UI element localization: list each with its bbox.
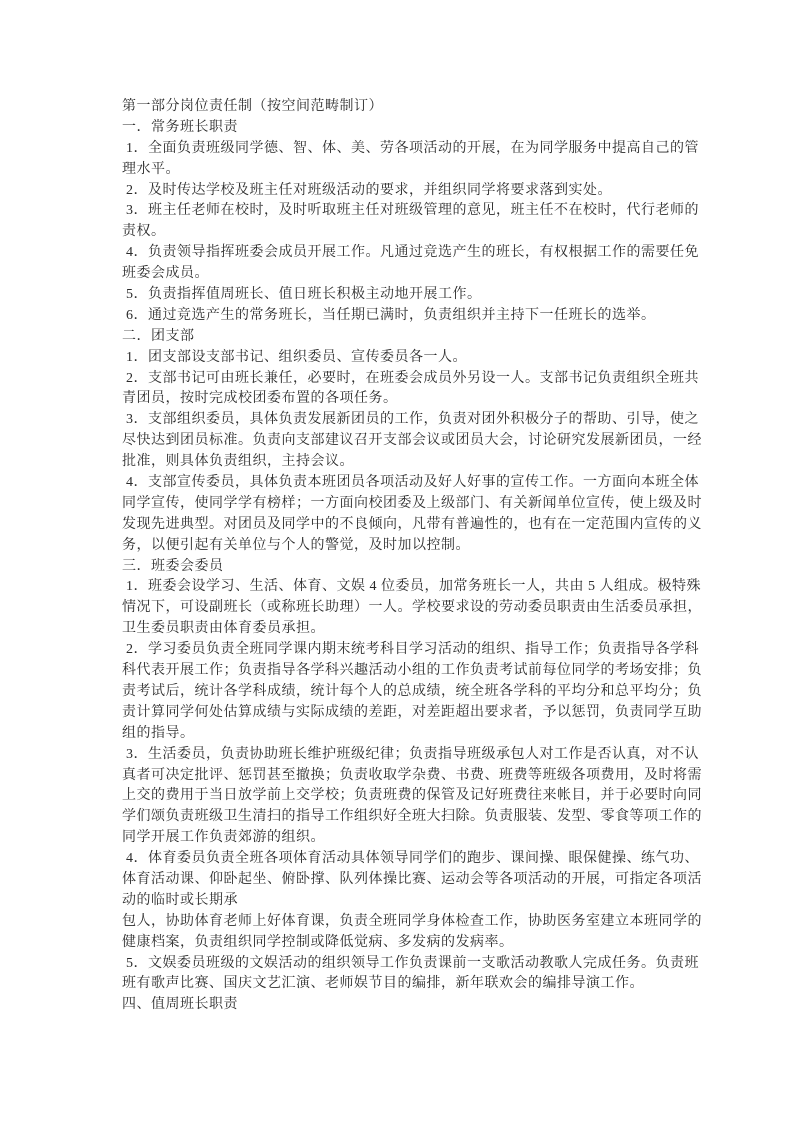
document-line: 三．班委会委员 (122, 557, 702, 578)
document-line: 5．文娱委员班级的文娱活动的组织领导工作负责课前一支歌活动教歌人完成任务。负责班 (122, 954, 702, 975)
document-line: 学们颂负责班级卫生清扫的指导工作组织好全班大扫除。负责服装、发型、零食等项工作的 (122, 807, 702, 828)
document-line: 6．通过竞选产生的常务班长，当任期已满时，负责组织并主持下一任班长的选举。 (122, 306, 702, 327)
document-line: 动的临时或长期承 (122, 891, 702, 912)
document-line: 发现先进典型。对团员及同学中的不良倾向，凡带有普遍性的，也有在一定范围内宣传的义 (122, 515, 702, 536)
document-line: 一．常务班长职责 (122, 118, 702, 139)
document-body: 第一部分岗位责任制（按空间范畴制订）一．常务班长职责 1．全面负责班级同学德、智… (122, 97, 702, 1016)
document-line: 班有歌声比赛、国庆文艺汇演、老师娱节目的编排，新年联欢会的编排导演工作。 (122, 974, 702, 995)
document-line: 务，以便引起有关单位与个人的警觉，及时加以控制。 (122, 536, 702, 557)
document-line: 4．支部宣传委员，具体负责本班团员各项活动及好人好事的宣传工作。一方面向本班全体 (122, 473, 702, 494)
document-line: 健康档案，负责组织同学控制或降低觉病、多发病的发病率。 (122, 933, 702, 954)
document-page: 第一部分岗位责任制（按空间范畴制订）一．常务班长职责 1．全面负责班级同学德、智… (0, 0, 793, 1122)
document-line: 4．体育委员负责全班各项体育活动具体领导同学们的跑步、课间操、眼保健操、练气功、 (122, 849, 702, 870)
document-line: 青团员，按时完成校团委布置的各项任务。 (122, 389, 702, 410)
document-line: 尽快达到团员标准。负责向支部建议召开支部会议或团员大会，讨论研究发展新团员，一经 (122, 431, 702, 452)
document-line: 责计算同学何处估算成绩与实际成绩的差距，对差距超出要求者，予以惩罚，负责同学互助 (122, 703, 702, 724)
document-line: 批准，则具体负责组织，主持会议。 (122, 452, 702, 473)
document-line: 2．学习委员负责全班同学课内期末统考科目学习活动的组织、指导工作；负责指导各学科 (122, 640, 702, 661)
document-line: 四、值周班长职责 (122, 995, 702, 1016)
document-line: 1．团支部设支部书记、组织委员、宣传委员各一人。 (122, 348, 702, 369)
document-line: 科代表开展工作；负责指导各学科兴趣活动小组的工作负责考试前每位同学的考场安排；负 (122, 661, 702, 682)
document-line: 理水平。 (122, 160, 702, 181)
document-line: 二．团支部 (122, 327, 702, 348)
document-line: 2．支部书记可由班长兼任，必要时，在班委会成员外另设一人。支部书记负责组织全班共 (122, 369, 702, 390)
document-line: 同学开展工作负责郊游的组织。 (122, 828, 702, 849)
document-line: 包人，协助体育老师上好体育课，负责全班同学身体检查工作，协助医务室建立本班同学的 (122, 912, 702, 933)
document-line: 3．班主任老师在校时，及时听取班主任对班级管理的意见，班主任不在校时，代行老师的 (122, 201, 702, 222)
document-line: 组的指导。 (122, 724, 702, 745)
document-line: 体育活动课、仰卧起坐、俯卧撑、队列体操比赛、运动会等各项活动的开展，可指定各项活 (122, 870, 702, 891)
document-title: 第一部分岗位责任制（按空间范畴制订） (122, 97, 702, 118)
document-line: 班委会成员。 (122, 264, 702, 285)
document-line: 情况下，可设副班长（或称班长助理）一人。学校要求设的劳动委员职责由生活委员承担， (122, 598, 702, 619)
document-line: 责考试后，统计各学科成绩，统计每个人的总成绩，统全班各学科的平均分和总平均分；负 (122, 682, 702, 703)
document-line: 卫生委员职责由体育委员承担。 (122, 619, 702, 640)
document-line: 2．及时传达学校及班主任对班级活动的要求，并组织同学将要求落到实处。 (122, 181, 702, 202)
document-line: 责权。 (122, 222, 702, 243)
document-line: 1．全面负责班级同学德、智、体、美、劳各项活动的开展，在为同学服务中提高自己的管 (122, 139, 702, 160)
document-line: 5．负责指挥值周班长、值日班长积极主动地开展工作。 (122, 285, 702, 306)
document-line: 真者可决定批评、惩罚甚至撤换；负责收取学杂费、书费、班费等班级各项费用，及时将需 (122, 766, 702, 787)
document-line: 同学宣传，使同学学有榜样；一方面向校团委及上级部门、有关新闻单位宣传，使上级及时 (122, 494, 702, 515)
document-line: 3．支部组织委员，具体负责发展新团员的工作，负责对团外积极分子的帮助、引导，使之 (122, 410, 702, 431)
document-line: 3．生活委员，负责协助班长维护班级纪律；负责指导班级承包人对工作是否认真，对不认 (122, 745, 702, 766)
document-line: 4．负责领导指挥班委会成员开展工作。凡通过竞选产生的班长，有权根据工作的需要任免 (122, 243, 702, 264)
document-line: 上交的费用于当日放学前上交学校；负责班费的保管及记好班费往来帐目，并于必要时向同 (122, 786, 702, 807)
document-line: 1．班委会设学习、生活、体育、文娱 4 位委员，加常务班长一人，共由 5 人组成… (122, 577, 702, 598)
